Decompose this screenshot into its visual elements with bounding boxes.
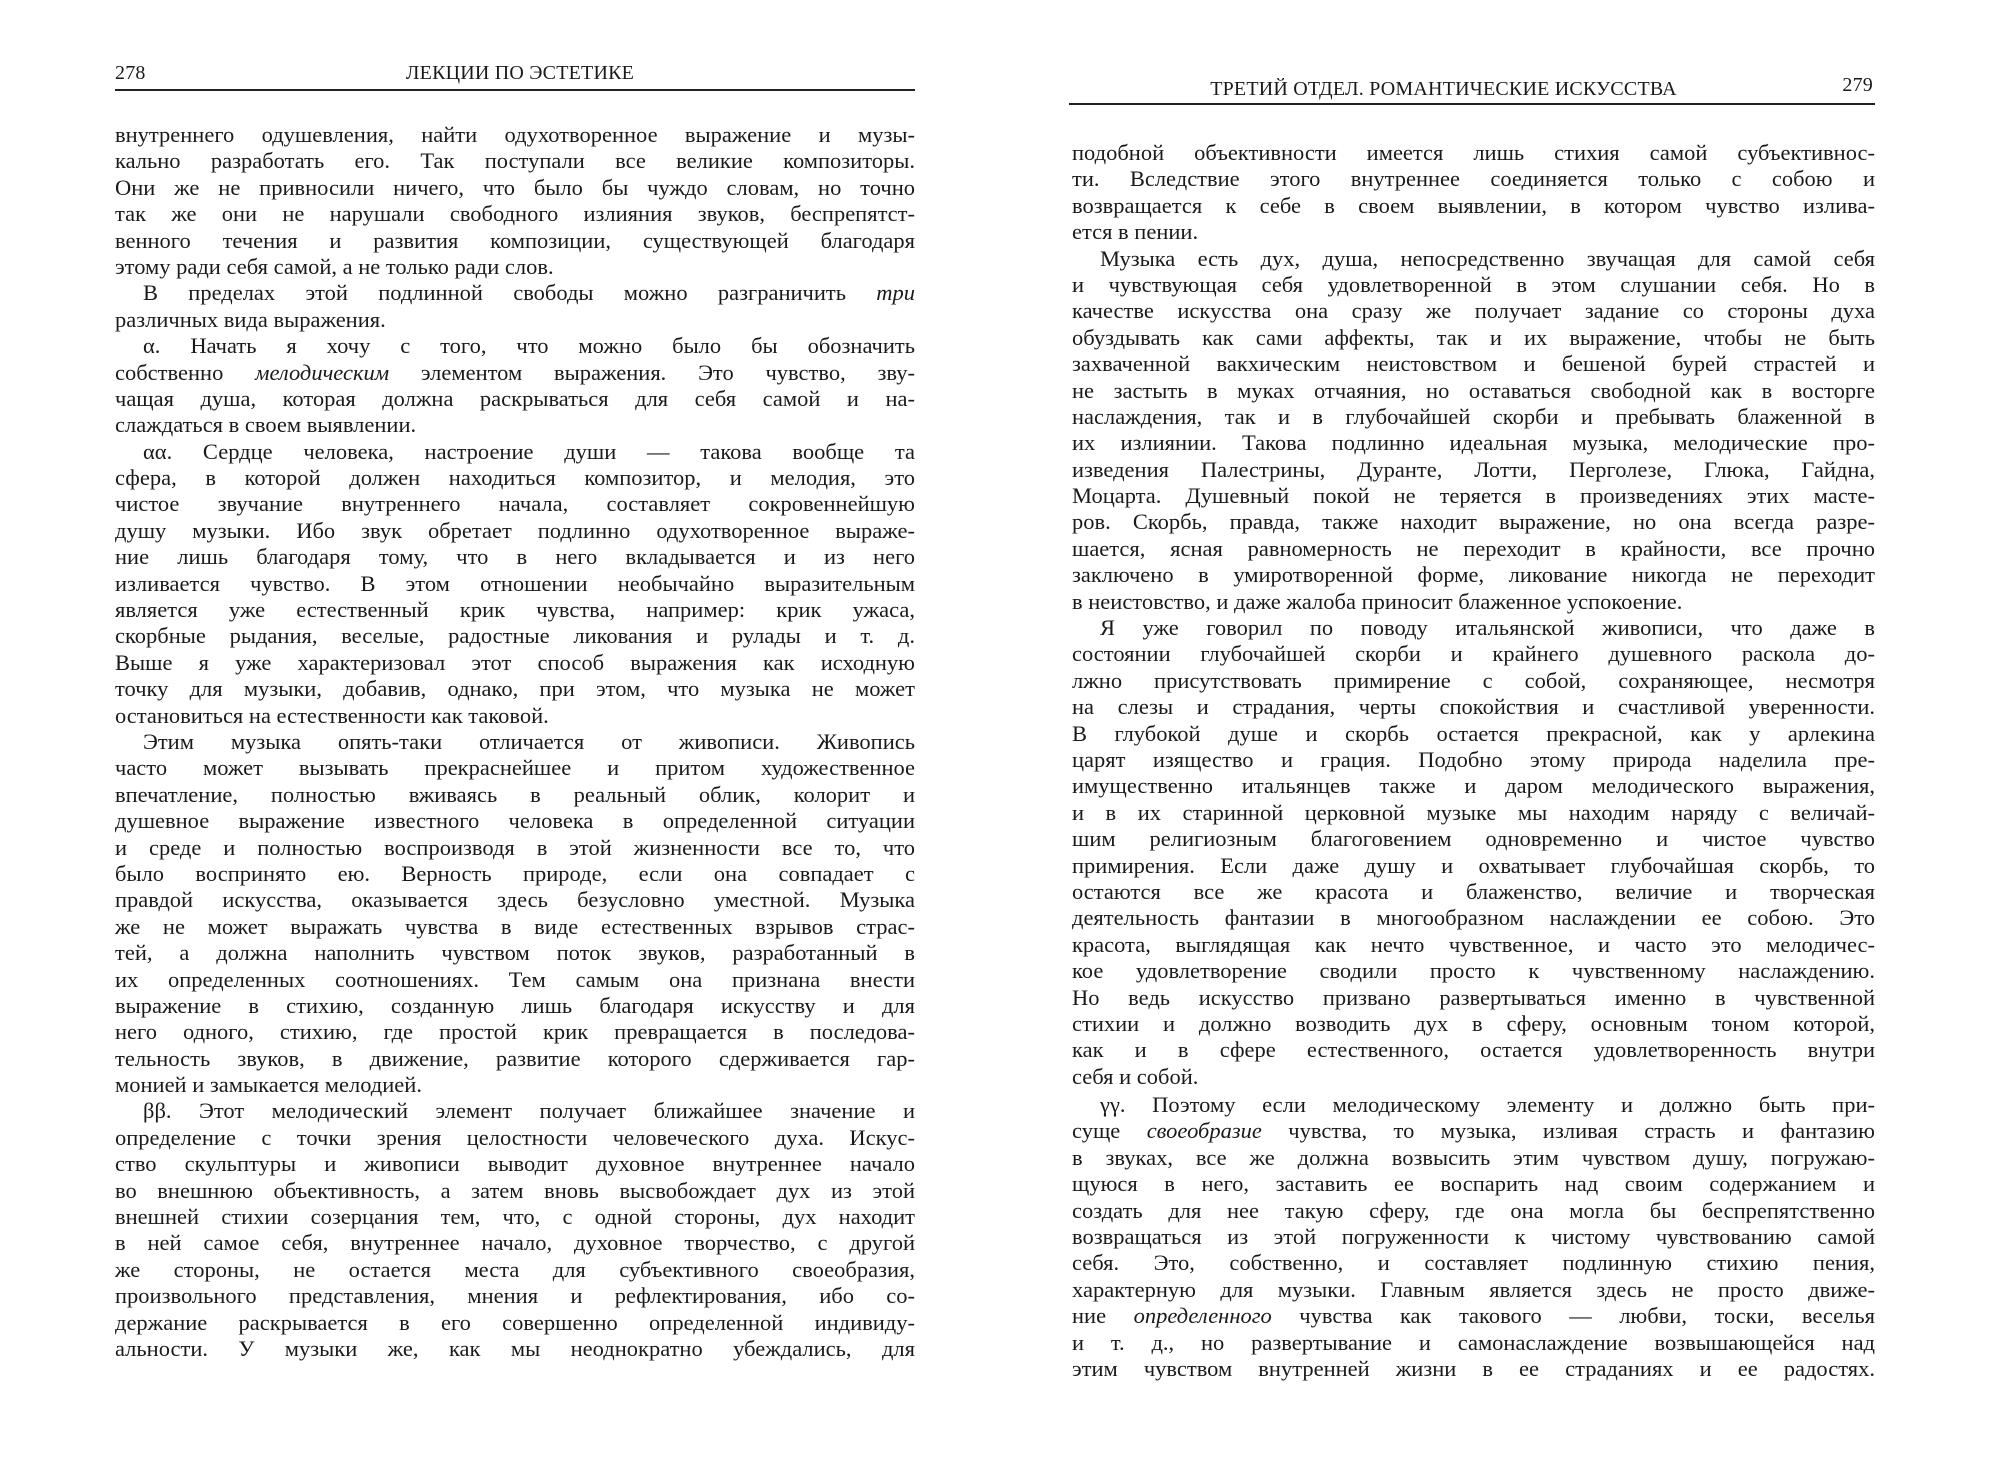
text-line: остановиться на естественности как таков… [115, 703, 915, 729]
page-number: 279 [1842, 74, 1873, 97]
text-line: держание раскрывается в его совершенно о… [115, 1310, 915, 1336]
text-line: В пределах этой подлинной свободы можно … [115, 280, 915, 306]
text-line: него одного, стихию, где простой крик пр… [115, 1019, 915, 1045]
running-head-title: ТРЕТИЙ ОТДЕЛ. РОМАНТИЧЕСКИЕ ИСКУССТВА [1072, 78, 1875, 101]
text-line: тельность звуков, в движение, развитие к… [115, 1046, 915, 1072]
text-line: ββ. Этот мелодический элемент получает б… [115, 1098, 915, 1124]
text-line: скорбные рыдания, веселые, радостные лик… [115, 623, 915, 649]
text-line: ние определенного чувства как такового —… [1072, 1303, 1875, 1329]
text-line: себя и собой. [1072, 1064, 1875, 1090]
text-line: γγ. Поэтому если мелодическому элементу … [1072, 1092, 1875, 1118]
text-line: в звуках, все же должна возвысить этим ч… [1072, 1145, 1875, 1171]
text-line: заключено в умиротворенной форме, ликова… [1072, 562, 1875, 588]
text-line: душевное выражение известного человека в… [115, 808, 915, 834]
text-line: ров. Скорбь, правда, также находит выраж… [1072, 509, 1875, 535]
emphasis: мелодическим [255, 360, 389, 385]
text-line: щуюся в него, заставить ее воспарить над… [1072, 1171, 1875, 1197]
text-line: ется в пении. [1072, 219, 1875, 245]
text-line: α. Начать я хочу с того, что можно было … [115, 333, 915, 359]
text-line: обуздывать как сами аффекты, так и их вы… [1072, 325, 1875, 351]
text-line: имущественно итальянцев также и даром ме… [1072, 773, 1875, 799]
text-line: возвращается к себе в своем выявлении, в… [1072, 193, 1875, 219]
text-line: примирения. Если даже душу и охватывает … [1072, 853, 1875, 879]
header-rule [115, 89, 915, 91]
text-line: альности. У музыки же, как мы неоднократ… [115, 1336, 915, 1362]
text-line: лжно присутствовать примирение с собой, … [1072, 668, 1875, 694]
text-line: Но ведь искусство призвано развертыватьс… [1072, 985, 1875, 1011]
text-line: Этим музыка опять-таки отличается от жив… [115, 729, 915, 755]
text-line: возвращаться из этой погруженности к чис… [1072, 1224, 1875, 1250]
emphasis: своеобразие [1147, 1118, 1262, 1143]
text-line: душу музыки. Ибо звук обретает подлинно … [115, 518, 915, 544]
text-line: монией и замыкается мелодией. [115, 1072, 915, 1098]
text-line: произвольного представления, мнения и ре… [115, 1283, 915, 1309]
text-line: наслаждения, так и в глубочайшей скорби … [1072, 404, 1875, 430]
text-line: сфера, в которой должен находиться компо… [115, 465, 915, 491]
text-line: внутреннего одушевления, найти одухотвор… [115, 122, 915, 148]
text-line: красота, выглядящая как нечто чувственно… [1072, 932, 1875, 958]
text-line: Я уже говорил по поводу итальянской живо… [1072, 615, 1875, 641]
text-line: кое удовлетворение сводили просто к чувс… [1072, 958, 1875, 984]
text-line: Моцарта. Душевный покой не теряется в пр… [1072, 483, 1875, 509]
text-line: качестве искусства она сразу же получает… [1072, 298, 1875, 324]
text-line: захваченной вакхическим неистовством и б… [1072, 351, 1875, 377]
text-line: Они же не привносили ничего, что было бы… [115, 175, 915, 201]
text-line: стихии и должно возводить дух в сферу, о… [1072, 1011, 1875, 1037]
text-line: собственно мелодическим элементом выраже… [115, 360, 915, 386]
text-line: создать для нее такую сферу, где она мог… [1072, 1198, 1875, 1224]
text-line: различных вида выражения. [115, 307, 915, 333]
text-line: в ней самое себя, внутреннее начало, дух… [115, 1230, 915, 1256]
text-line: себя. Это, собственно, и составляет подл… [1072, 1250, 1875, 1276]
text-line: и в их старинной церковной музыке мы нах… [1072, 800, 1875, 826]
text-line: ство скульптуры и живописи выводит духов… [115, 1151, 915, 1177]
text-line: состоянии глубочайшей скорби и крайнего … [1072, 641, 1875, 667]
text-line: кально разработать его. Так поступали вс… [115, 148, 915, 174]
text-line: во внешнюю объективность, а затем вновь … [115, 1178, 915, 1204]
text-line: правдой искусства, оказывается здесь без… [115, 887, 915, 913]
text-line: является уже естественный крик чувства, … [115, 597, 915, 623]
text-line: этим чувством внутренней жизни в ее стра… [1072, 1356, 1875, 1382]
text-line: определение с точки зрения целостности ч… [115, 1125, 915, 1151]
text-line: ти. Вследствие этого внутреннее соединяе… [1072, 166, 1875, 192]
text-line: венного течения и развития композиции, с… [115, 228, 915, 254]
text-line: было воспринято ею. Верность природе, ес… [115, 861, 915, 887]
text-line: точку для музыки, добавив, однако, при э… [115, 676, 915, 702]
text-line: внешней стихии созерцания тем, что, с од… [115, 1204, 915, 1230]
text-line: изливается чувство. В этом отношении нео… [115, 571, 915, 597]
text-line: чащая душа, которая должна раскрываться … [115, 386, 915, 412]
right-page: ТРЕТИЙ ОТДЕЛ. РОМАНТИЧЕСКИЕ ИСКУССТВА 27… [1072, 0, 1875, 1480]
text-line: часто может вызывать прекраснейшее и при… [115, 755, 915, 781]
text-line: остаются все же красота и блаженство, ве… [1072, 879, 1875, 905]
text-line: Музыка есть дух, душа, непосредственно з… [1072, 246, 1875, 272]
text-line: ние лишь благодаря тому, что в него вкла… [115, 544, 915, 570]
text-line: слаждаться в своем выявлении. [115, 412, 915, 438]
text-line: подобной объективности имеется лишь стих… [1072, 140, 1875, 166]
text-line: этому ради себя самой, а не только ради … [115, 254, 915, 280]
text-line: суще своеобразие чувства, то музыка, изл… [1072, 1118, 1875, 1144]
text-line: же не может выражать чувства в виде есте… [115, 914, 915, 940]
text-line: Выше я уже характеризовал этот способ вы… [115, 650, 915, 676]
text-line: их излиянии. Такова подлинно идеальная м… [1072, 430, 1875, 456]
text-line: характерную для музыки. Главным является… [1072, 1277, 1875, 1303]
running-head-title: ЛЕКЦИИ ПО ЭСТЕТИКЕ [115, 62, 915, 85]
text-line: так же они не нарушали свободного излиян… [115, 201, 915, 227]
text-line: В глубокой душе и скорбь остается прекра… [1072, 721, 1875, 747]
text-line: же стороны, не остается места для субъек… [115, 1257, 915, 1283]
text-line: на слезы и страдания, черты спокойствия … [1072, 694, 1875, 720]
emphasis: три [876, 280, 915, 305]
text-line: не застыть в муках отчаяния, но оставать… [1072, 378, 1875, 404]
text-line: тей, а должна наполнить чувством поток з… [115, 940, 915, 966]
text-line: в неистовство, и даже жалоба приносит бл… [1072, 589, 1875, 615]
emphasis: определенного [1134, 1303, 1272, 1328]
page-body: подобной объективности имеется лишь стих… [1072, 140, 1875, 1382]
text-line: как и в сфере естественного, остается уд… [1072, 1037, 1875, 1063]
text-line: и т. д., но развертывание и самонаслажде… [1072, 1330, 1875, 1356]
text-line: деятельность фантазии в многообразном на… [1072, 905, 1875, 931]
text-line: царят изящество и грация. Подобно этому … [1072, 747, 1875, 773]
header-rule [1069, 103, 1875, 105]
text-line: впечатление, полностью вживаясь в реальн… [115, 782, 915, 808]
text-line: выражение в стихию, созданную лишь благо… [115, 993, 915, 1019]
left-page: 278 ЛЕКЦИИ ПО ЭСТЕТИКЕ внутреннего одуше… [115, 0, 915, 1480]
text-line: их определенных соотношениях. Тем самым … [115, 967, 915, 993]
text-line: αα. Сердце человека, настроение души — т… [115, 439, 915, 465]
text-line: и чувствующая себя удовлетворенной в это… [1072, 272, 1875, 298]
page-body: внутреннего одушевления, найти одухотвор… [115, 122, 915, 1362]
text-line: изведения Палестрины, Дуранте, Лотти, Пе… [1072, 457, 1875, 483]
text-line: шается, ясная равномерность не переходит… [1072, 536, 1875, 562]
text-line: чистое звучание внутреннего начала, сост… [115, 491, 915, 517]
text-line: и среде и полностью воспроизводя в этой … [115, 835, 915, 861]
text-line: шим религиозным благоговением одновремен… [1072, 826, 1875, 852]
